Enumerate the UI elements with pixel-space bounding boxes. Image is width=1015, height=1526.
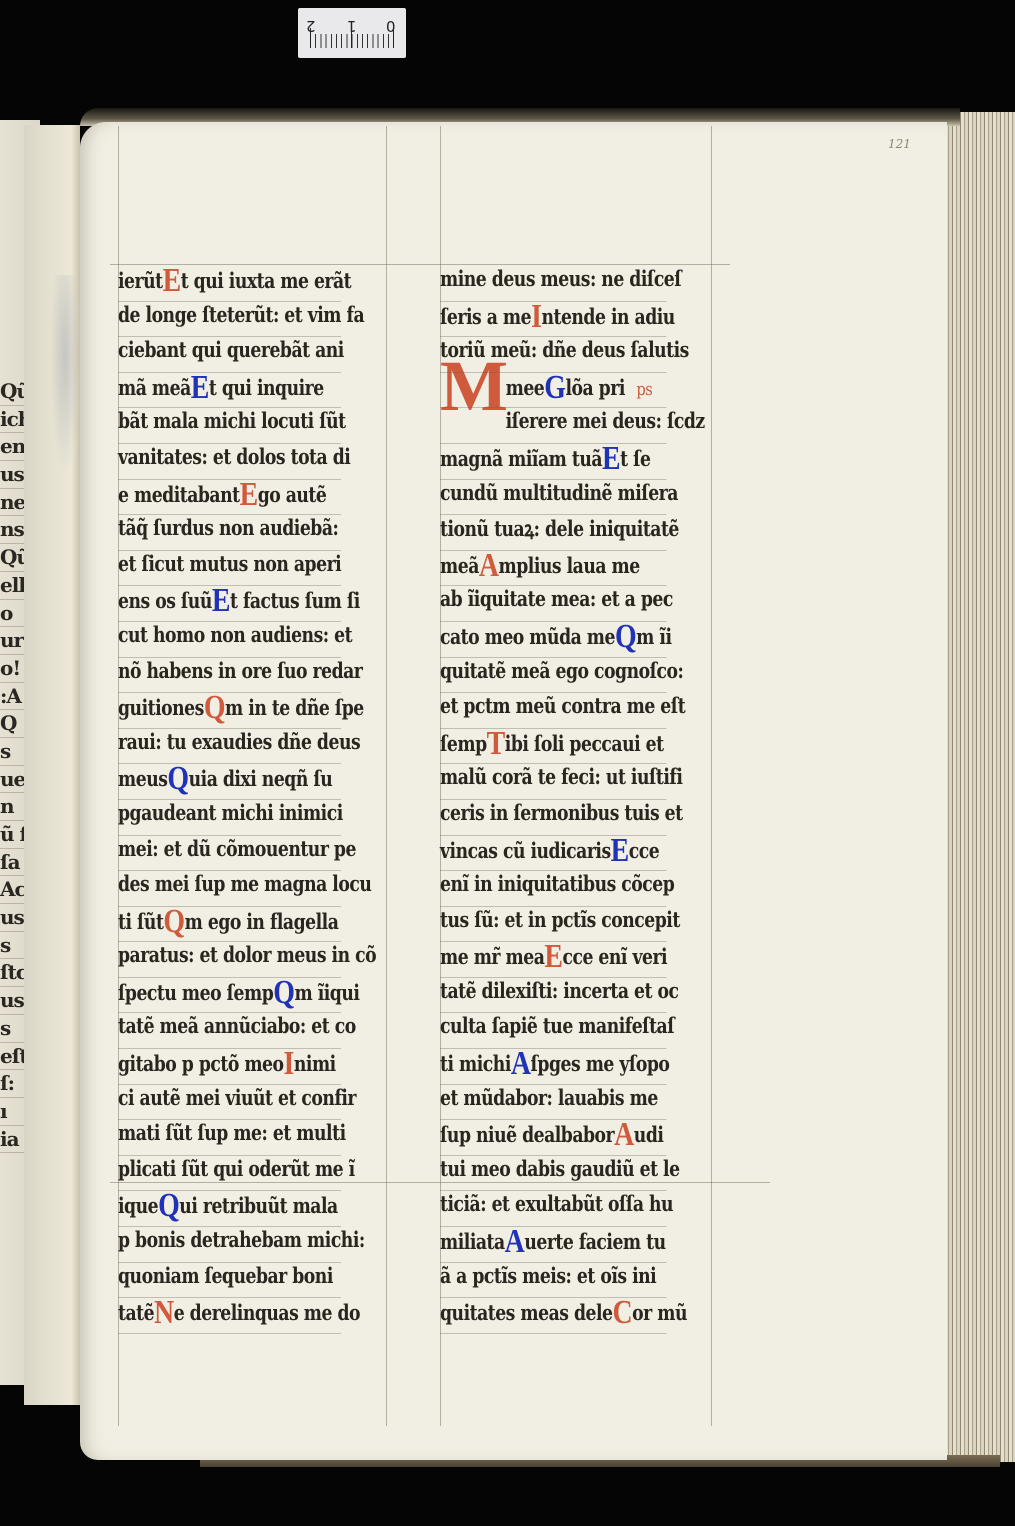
line-text: tus ſũ: et in pctĩs concepit (440, 907, 680, 932)
line-text: tatẽ dilexiſti: incerta et oc (440, 978, 678, 1003)
initial-blue: E (611, 832, 629, 869)
line-text: m ĩi (636, 624, 671, 649)
line-text: ab ĩiquitate mea: et a pec (440, 586, 673, 611)
verso-line: o (0, 600, 26, 628)
verso-line: Ac (0, 876, 26, 904)
line-text: vanitates: et dolos tota di (118, 444, 350, 469)
verso-line: ia (0, 1126, 26, 1154)
text-line: iqueQui retribuũt mala (118, 1191, 341, 1227)
text-line: tui meo dabis gaudiũ et le (440, 1156, 666, 1192)
line-text: ti michi (440, 1051, 511, 1076)
line-text: cce enĩ veri (562, 944, 667, 969)
verso-text-fragment: Qũichi:enaus ĩne:nsQũelleouro!:AQsuenũ ſ… (0, 378, 26, 1153)
initial-red: T (487, 725, 505, 762)
scale-major-tick (310, 28, 311, 48)
line-text: tãq̃ ſurdus non audiebã: (118, 515, 338, 540)
scale-ticks (310, 34, 396, 48)
text-line: mati ſũt ſup me: et multi (118, 1120, 341, 1156)
line-text: m in te dñe ſpe (225, 695, 364, 720)
line-text: ens os ſuũ (118, 588, 212, 613)
text-line: mine deus meus: ne diſceſ (440, 266, 666, 302)
text-line: quitatẽ meã ego cognoſco: (440, 658, 666, 694)
text-line: ciebant qui querebãt ani (118, 337, 341, 373)
initial-red: I (284, 1045, 294, 1082)
line-text: tatẽ (118, 1300, 154, 1325)
verso-line: ur (0, 627, 26, 655)
initial-blue: Q (615, 618, 636, 655)
text-line: ſempTibi ſoli peccaui et (440, 729, 666, 765)
line-text: ceris in ſermonibus tuis et (440, 800, 683, 825)
line-text: mei: et dũ cõmouentur pe (118, 836, 356, 861)
verso-line: Qũ (0, 544, 26, 572)
verso-line: us ĩ (0, 461, 26, 489)
color-scale-bar: 0 1 2 (298, 8, 406, 58)
text-line: tãq̃ ſurdus non audiebã: (118, 515, 341, 551)
line-text: cut homo non audiens: et (118, 622, 352, 647)
line-text: raui: tu exaudies dñe deus (118, 729, 360, 754)
text-line: culta ſapiẽ tue manifeſtaſ (440, 1013, 666, 1049)
line-text: ntende in adiu (541, 304, 674, 329)
text-line: tionũ tuaꝝ: dele iniquitatẽ (440, 515, 666, 551)
line-text: e meditabant (118, 482, 240, 507)
text-line: ã a pctĩs meis: et oĩs ini (440, 1263, 666, 1299)
line-text: guitiones (118, 695, 204, 720)
binding-gutter (24, 125, 80, 1405)
verso-line: us (0, 987, 26, 1015)
text-line: ab ĩiquitate mea: et a pec (440, 586, 666, 622)
initial-red: Q (204, 689, 225, 726)
line-text: quoniam ſequebar boni (118, 1263, 333, 1288)
text-line: plicati ſũt qui oderũt me ĩ (118, 1156, 341, 1192)
text-line: me mr̃ meaEcce enĩ veri (440, 942, 666, 978)
line-text: miliata (440, 1229, 505, 1254)
text-line: des mei ſup me magna locu (118, 871, 341, 907)
verso-line: ichi: (0, 406, 26, 434)
text-line: et mũdabor: lauabis me (440, 1085, 666, 1121)
text-line: ſup niuẽ dealbaborAudi (440, 1120, 666, 1156)
line-text: m ĩiqui (294, 980, 359, 1005)
verso-line: s (0, 932, 26, 960)
line-text: nõ habens in ore ſuo redar (118, 658, 362, 683)
line-text: tatẽ meã annũciabo: et co (118, 1013, 356, 1038)
line-text: et pctm meũ contra me eſt (440, 693, 685, 718)
line-text: culta ſapiẽ tue manifeſtaſ (440, 1013, 674, 1038)
verso-line: o! (0, 655, 26, 683)
line-text: ti ſũt (118, 909, 163, 934)
initial-red: Q (163, 903, 184, 940)
line-text: meã (440, 553, 479, 578)
verso-line: n (0, 793, 26, 821)
verso-line: ı (0, 1098, 26, 1126)
scale-major-tick (351, 28, 352, 48)
line-text: enĩ in iniquitatibus cõcep (440, 871, 674, 896)
text-line: ticiã: et exultabũt oſſa hu (440, 1191, 666, 1227)
line-text: udi (634, 1122, 664, 1147)
text-line: gitabo p pctõ meoInimi (118, 1049, 341, 1085)
line-text: ique (118, 1193, 158, 1218)
text-line: bãt mala michi locuti ſũt (118, 408, 341, 444)
line-text: ſeris a me (440, 304, 531, 329)
line-text: ſpectu meo ſemp (118, 980, 273, 1005)
line-text: m ego in flagella (185, 909, 339, 934)
line-text: et mũdabor: lauabis me (440, 1085, 658, 1110)
initial-red: C (612, 1294, 632, 1331)
text-line: mã meãEt qui inquire (118, 373, 341, 409)
line-text: t qui inquire (209, 375, 324, 400)
folio-number: 121 (888, 137, 911, 151)
initial-blue: Q (167, 760, 188, 797)
line-text: e derelinquas me do (174, 1300, 360, 1325)
line-text: mine deus meus: ne diſceſ (440, 266, 681, 291)
line-text: nimi (294, 1051, 336, 1076)
text-line: cut homo non audiens: et (118, 622, 341, 658)
line-text: t factus ſum ſi (230, 588, 360, 613)
text-line: quitates meas deleCor mũ (440, 1298, 666, 1334)
verso-line: Q (0, 710, 26, 738)
line-text: mee (506, 375, 545, 400)
line-text: mã meã (118, 375, 191, 400)
line-text: ã a pctĩs meis: et oĩs ini (440, 1263, 656, 1288)
line-text: gitabo p pctõ meo (118, 1051, 284, 1076)
line-text: ſup niuẽ dealbabor (440, 1122, 614, 1147)
initial-blue: E (191, 369, 209, 406)
verso-line: ue (0, 766, 26, 794)
text-line: ti ſũtQm ego in flagella (118, 907, 341, 943)
line-text: ci autẽ mei viuũt et confir (118, 1085, 356, 1110)
verso-line: ns (0, 516, 26, 544)
line-text: tionũ tuaꝝ: dele iniquitatẽ (440, 516, 679, 541)
text-line: e meditabantEgo autẽ (118, 480, 341, 516)
text-line: et pctm meũ contra me eſt (440, 693, 666, 729)
line-text: de longe ſteterũt: et vim fa (118, 302, 364, 327)
line-text: ibi ſoli peccaui et (505, 731, 664, 756)
text-line: meeGlõa prips (440, 373, 666, 409)
verso-line: ũ ſt (0, 821, 26, 849)
line-text: go autẽ (258, 482, 327, 507)
verso-line: :A (0, 683, 26, 711)
text-line: ſpectu meo ſempQm ĩiqui (118, 978, 341, 1014)
text-line: ceris in ſermonibus tuis et (440, 800, 666, 836)
line-text: malũ corã te feci: ut iuſtifi (440, 764, 682, 789)
line-text: mplius laua me (499, 553, 640, 578)
verso-line: ne: (0, 489, 26, 517)
line-text: lõa pri (565, 375, 624, 400)
text-line: ci autẽ mei viuũt et confir (118, 1085, 341, 1121)
text-line: meusQuia dixi neqñ ſu (118, 764, 341, 800)
text-line: mei: et dũ cõmouentur pe (118, 836, 341, 872)
text-line: ſeris a meIntende in adiu (440, 302, 666, 338)
text-column-left: ierũtEt qui iuxta me erãtde longe ſteter… (118, 266, 390, 1334)
text-line: tatẽ meã annũciabo: et co (118, 1013, 341, 1049)
text-line: magnã miĩam tuãEt ſe (440, 444, 666, 480)
text-line: tus ſũ: et in pctĩs concepit (440, 907, 666, 943)
text-line: ierũtEt qui iuxta me erãt (118, 266, 341, 302)
text-line: et ſicut mutus non aperi (118, 551, 341, 587)
text-line: raui: tu exaudies dñe deus (118, 729, 341, 765)
line-text: t qui iuxta me erãt (181, 268, 351, 293)
text-line: cundũ multitudinẽ miſera (440, 480, 666, 516)
line-text: iſerere mei deus: ſcdz (506, 408, 705, 433)
line-text: uerte faciem tu (524, 1229, 665, 1254)
initial-blue: G (544, 369, 565, 406)
initial-blue: E (212, 582, 230, 619)
initial-blue: E (602, 440, 620, 477)
line-text: uia dixi neqñ ſu (189, 766, 333, 791)
verso-line: ena (0, 433, 26, 461)
verso-line: ſtc (0, 959, 26, 987)
text-line: tatẽ dilexiſti: incerta et oc (440, 978, 666, 1014)
text-line: ens os ſuũEt factus ſum ſi (118, 586, 341, 622)
line-text: magnã miĩam tuã (440, 446, 602, 471)
line-text: ticiã: et exultabũt oſſa hu (440, 1191, 673, 1216)
line-text: toriũ meũ: dñe deus ſalutis (440, 337, 689, 362)
verso-line: Qũ (0, 378, 26, 406)
text-line: iſerere mei deus: ſcdz (440, 408, 666, 444)
verso-line: s (0, 738, 26, 766)
line-text: bãt mala michi locuti ſũt (118, 408, 346, 433)
initial-red: E (544, 938, 562, 975)
initial-red: A (479, 547, 499, 584)
text-line: enĩ in iniquitatibus cõcep (440, 871, 666, 907)
line-text: mati ſũt ſup me: et multi (118, 1120, 346, 1145)
text-line: de longe ſteterũt: et vim fa (118, 302, 341, 338)
text-line: paratus: et dolor meus in cõ (118, 942, 341, 978)
line-text: tui meo dabis gaudiũ et le (440, 1156, 680, 1181)
text-line: toriũ meũ: dñe deus ſalutis (440, 337, 666, 373)
text-line: ti michiAſpges me yſopo (440, 1049, 666, 1085)
line-text: ſemp (440, 731, 487, 756)
text-line: pgaudeant michi inimici (118, 800, 341, 836)
text-line: cato meo mũda meQm ĩi (440, 622, 666, 658)
text-line: miliataAuerte faciem tu (440, 1227, 666, 1263)
verso-line: elle (0, 572, 26, 600)
line-text: me mr̃ mea (440, 944, 544, 969)
line-text: ſpges me yſopo (531, 1051, 670, 1076)
line-text: t ſe (620, 446, 650, 471)
ruling-line (110, 264, 730, 265)
line-text: et ſicut mutus non aperi (118, 551, 341, 576)
line-text: p bonis detrahebam michi: (118, 1227, 365, 1252)
initial-red: E (240, 476, 258, 513)
text-column-right: mine deus meus: ne diſceſſeris a meInten… (440, 266, 716, 1334)
scale-major-tick (393, 28, 394, 48)
line-text: des mei ſup me magna locu (118, 871, 371, 896)
verso-line: us: (0, 904, 26, 932)
text-line: vincas cũ iudicarisEcce (440, 836, 666, 872)
line-text: ierũt (118, 268, 163, 293)
line-text: quitatẽ meã ego cognoſco: (440, 658, 683, 683)
page-stack-edge (945, 112, 1015, 1462)
text-line: p bonis detrahebam michi: (118, 1227, 341, 1263)
initial-red: I (531, 298, 541, 335)
scale-label-0: 0 (386, 17, 396, 35)
line-text: quitates meas dele (440, 1300, 612, 1325)
text-line: guitionesQm in te dñe ſpe (118, 693, 341, 729)
line-text: cce (629, 838, 659, 863)
line-text: or mũ (632, 1300, 687, 1325)
line-text: pgaudeant michi inimici (118, 800, 343, 825)
initial-red: N (154, 1294, 174, 1331)
initial-blue: A (505, 1223, 525, 1260)
initial-blue: Q (158, 1187, 179, 1224)
line-text: ciebant qui querebãt ani (118, 337, 344, 362)
initial-blue: Q (273, 974, 294, 1011)
line-text: vincas cũ iudicaris (440, 838, 611, 863)
line-text: ui retribuũt mala (179, 1193, 337, 1218)
line-text: paratus: et dolor meus in cõ (118, 942, 376, 967)
text-line: quoniam ſequebar boni (118, 1263, 341, 1299)
text-line: malũ corã te feci: ut iuſtifi (440, 764, 666, 800)
text-line: meãAmplius laua me (440, 551, 666, 587)
stain (50, 275, 80, 475)
verso-line: s (0, 1015, 26, 1043)
text-line: nõ habens in ore ſuo redar (118, 658, 341, 694)
text-line: vanitates: et dolos tota di (118, 444, 341, 480)
verso-line: eſt (0, 1043, 26, 1071)
verso-line: ſa (0, 849, 26, 877)
initial-red: A (614, 1116, 634, 1153)
initial-red: E (163, 262, 181, 299)
text-line: tatẽNe derelinquas me do (118, 1298, 341, 1334)
line-text: plicati ſũt qui oderũt me ĩ (118, 1156, 355, 1181)
line-text: cundũ multitudinẽ miſera (440, 480, 678, 505)
rubric-psalm-marker: ps (636, 379, 652, 400)
line-text: cato meo mũda me (440, 624, 615, 649)
line-text: meus (118, 766, 167, 791)
initial-blue: A (511, 1045, 531, 1082)
verso-line: ſ: (0, 1070, 26, 1098)
